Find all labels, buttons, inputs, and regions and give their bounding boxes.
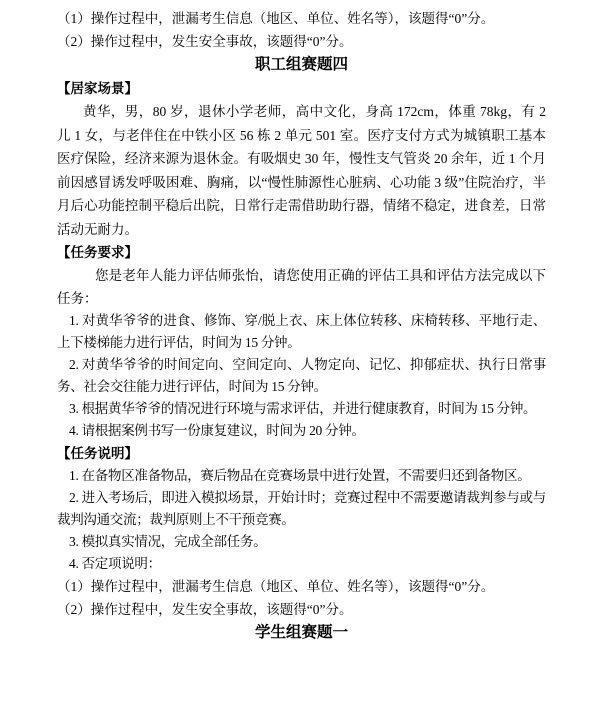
scene-heading: 【居家场景】 [57, 77, 546, 100]
task-requirements-heading: 【任务要求】 [57, 241, 546, 264]
instruction-item-3: 3. 模拟真实情况，完成全部任务。 [57, 531, 546, 553]
instruction-item-2: 2. 进入考场后，即进入模拟场景，开始计时；竞赛过程中不需要邀请裁判参与或与裁判… [57, 487, 546, 531]
requirement-item-4: 4. 请根据案例书写一份康复建议，时间为 20 分钟。 [57, 420, 546, 442]
document-page: （1）操作过程中，泄漏考生信息（地区、单位、姓名等），该题得“0”分。 （2）操… [0, 0, 591, 718]
task-requirements-intro: 您是老年人能力评估师张怡，请您使用正确的评估工具和评估方法完成以下任务： [57, 264, 546, 310]
scene-description: 黄华，男，80 岁，退休小学老师，高中文化，身高 172cm，体重 78kg，有… [57, 100, 546, 241]
penalty-subnote-1: （1）操作过程中，泄漏考生信息（地区、单位、姓名等），该题得“0”分。 [57, 575, 546, 598]
task-instructions-heading: 【任务说明】 [57, 442, 546, 465]
requirement-item-2: 2. 对黄华爷爷的时间定向、空间定向、人物定向、记忆、抑郁症状、执行日常事务、社… [57, 354, 546, 398]
instruction-item-1: 1. 在备物区准备物品，赛后物品在竞赛场景中进行处置，不需要归还到备物区。 [57, 465, 546, 487]
penalty-note-2: （2）操作过程中，发生安全事故，该题得“0”分。 [57, 30, 546, 53]
section-title-staff-group-4: 职工组赛题四 [57, 53, 546, 77]
requirement-item-1: 1. 对黄华爷爷的进食、修饰、穿/脱上衣、床上体位转移、床椅转移、平地行走、上下… [57, 310, 546, 354]
requirement-item-3: 3. 根据黄华爷爷的情况进行环境与需求评估，并进行健康教育，时间为 15 分钟。 [57, 398, 546, 420]
penalty-subnote-2: （2）操作过程中，发生安全事故，该题得“0”分。 [57, 598, 546, 621]
section-title-student-group-1: 学生组赛题一 [57, 621, 546, 645]
instruction-item-4: 4. 否定项说明： [57, 553, 546, 575]
penalty-note-1: （1）操作过程中，泄漏考生信息（地区、单位、姓名等），该题得“0”分。 [57, 7, 546, 30]
